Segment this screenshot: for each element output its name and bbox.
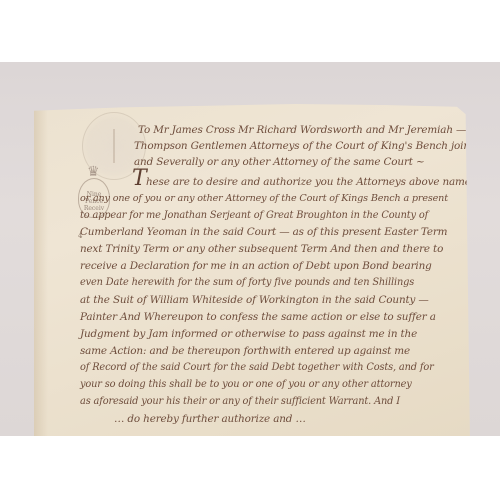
body-line: of Record of the said Court for the said… (80, 362, 434, 373)
initial-letter: T (132, 166, 147, 191)
body-line: at the Suit of William Whiteside of Work… (80, 294, 429, 306)
address-line: To Mr James Cross Mr Richard Wordsworth … (138, 124, 466, 136)
address-line: Thompson Gentlemen Attorneys of the Cour… (134, 140, 483, 152)
body-line: as aforesaid your his their or any of th… (80, 396, 400, 407)
document-photo: Nine Pence Receiv 4 To Mr James Cross Mr… (0, 62, 500, 436)
body-line: even Date herewith for the sum of forty … (80, 277, 414, 288)
body-line: receive a Declaration for me in an actio… (80, 260, 432, 272)
body-line: next Trinity Term or any other subsequen… (80, 243, 443, 255)
parchment-sheet: Nine Pence Receiv 4 To Mr James Cross Mr… (34, 104, 470, 436)
body-line: Painter And Whereupon to confess the sam… (80, 311, 436, 323)
body-line: to appear for me Jonathan Serjeant of Gr… (80, 210, 428, 221)
body-line: … do hereby further authorize and … (114, 413, 306, 425)
body-line: or any one of you or any other Attorney … (80, 193, 448, 204)
body-line: same Action: and be thereupon forthwith … (80, 345, 410, 357)
body-line: your so doing this shall be to you or on… (80, 379, 412, 390)
address-line: and Severally or any other Attorney of t… (134, 156, 425, 168)
body-line: hese are to desire and authorize you the… (146, 176, 477, 188)
body-line: Judgment by Jam informed or otherwise to… (80, 328, 417, 340)
body-line: Cumberland Yeoman in the said Court — as… (80, 226, 447, 238)
